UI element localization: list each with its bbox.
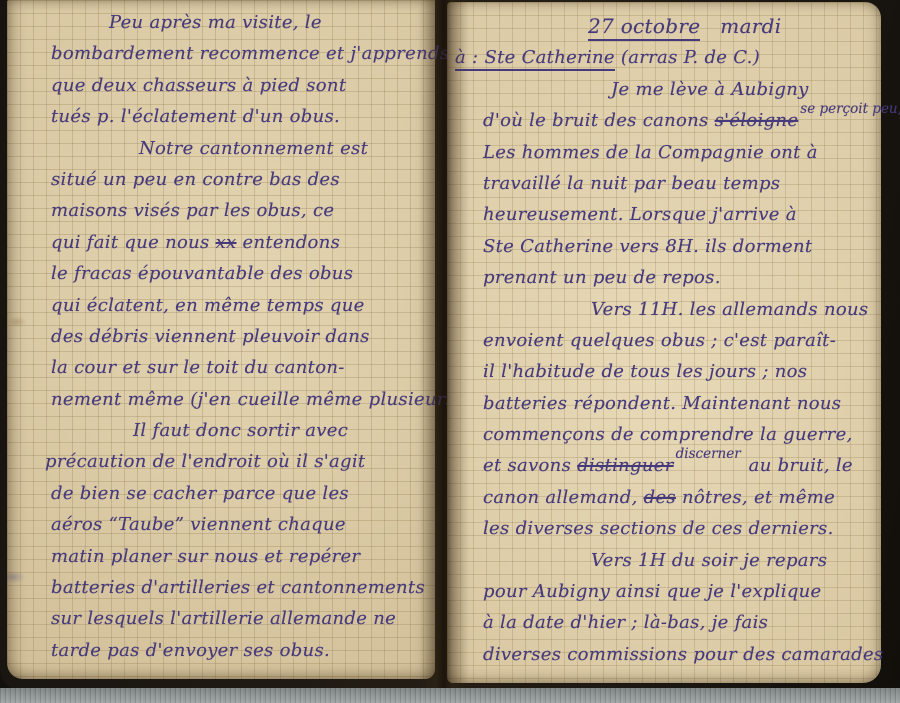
handwriting-line: Il faut donc sortir avec [133,415,427,446]
strikethrough-text: distinguer [577,455,673,476]
handwriting-line: Notre cantonnement est [139,133,427,164]
left-page-handwriting: Peu après ma visite, lebombardement reco… [7,0,435,666]
handwriting-line: sur lesquels l'artillerie allemande ne [51,603,427,634]
handwriting-text: Les hommes de la Compagnie ont à [483,142,818,163]
handwriting-line: diverses commissions pour des camarades [483,639,875,670]
handwriting-line: des débris viennent pleuvoir dans [51,321,427,352]
handwriting-text: et savons [483,455,577,476]
underlined-text: 27 octobre [588,14,700,41]
handwriting-text: batteries d'artilleries et cantonnements [51,577,425,598]
handwriting-text: commençons de comprendre la guerre, [483,424,853,445]
handwriting-text: tarde pas d'envoyer ses obus. [51,640,330,661]
handwriting-text: Peu après ma visite, le [109,12,322,33]
handwriting-line: il l'habitude de tous les jours ; nos [483,356,875,387]
handwriting-line: nement même (j'en cueille même plusieurs… [51,384,427,415]
handwriting-text: envoient quelques obus ; c'est paraît- [483,330,836,351]
handwriting-text: de bien se cacher parce que les [51,483,349,504]
handwriting-text: diverses commissions pour des camarades [483,644,883,665]
handwriting-line: situé un peu en contre bas des [51,164,427,195]
handwriting-line: d'où le bruit des canons s'éloignese per… [483,105,875,136]
handwriting-text: les diverses sections de ces derniers. [483,518,834,539]
handwriting-line: les diverses sections de ces derniers. [483,513,875,544]
handwriting-text: Notre cantonnement est [139,138,368,159]
handwriting-text: précaution de l'endroit où il s'agit [45,451,365,472]
handwriting-text: batteries répondent. Maintenant nous [483,393,841,414]
strikethrough-text: des [644,487,676,508]
table-surface [0,688,900,703]
handwriting-text: au bruit, le [743,455,853,476]
handwriting-line: qui fait que nous xx entendons [51,227,427,258]
diary-photo: Peu après ma visite, lebombardement reco… [0,0,900,703]
handwriting-text: des débris viennent pleuvoir dans [51,326,370,347]
handwriting-text: tués p. l'éclatement d'un obus. [51,106,340,127]
handwriting-line: et savons distinguerdiscerner au bruit, … [483,450,875,481]
diary-page-right: 27 octobre mardià : Ste Catherine (arras… [447,2,881,683]
handwriting-line: batteries répondent. Maintenant nous [483,388,875,419]
handwriting-text: à la date d'hier ; là-bas, je fais [483,612,768,633]
handwriting-text: nement même (j'en cueille même plusieurs [51,389,455,410]
handwriting-text: Vers 1H du soir je repars [591,550,827,571]
handwriting-line: Les hommes de la Compagnie ont à [483,137,875,168]
handwriting-line: canon allemand, des nôtres, et même [483,482,875,513]
handwriting-text: aéros “Taube” viennent chaque [51,514,346,535]
handwriting-text: mardi [700,14,781,38]
handwriting-line: tués p. l'éclatement d'un obus. [51,101,427,132]
handwriting-line: Ste Catherine vers 8H. ils dorment [483,231,875,262]
handwriting-line: envoient quelques obus ; c'est paraît- [483,325,875,356]
insertion-text: se perçoit peu, [800,101,900,117]
right-page-handwriting: 27 octobre mardià : Ste Catherine (arras… [447,2,881,670]
handwriting-text: bombardement recommence et j'apprends [51,43,449,64]
handwriting-text: qui éclatent, en même temps que [51,295,365,316]
underlined-text: à : Ste Catherine [455,47,615,71]
handwriting-line: de bien se cacher parce que les [51,478,427,509]
handwriting-text: sur lesquels l'artillerie allemande ne [51,608,396,629]
handwriting-line: prenant un peu de repos. [483,262,875,293]
diary-page-left: Peu après ma visite, lebombardement reco… [7,0,435,679]
handwriting-line: bombardement recommence et j'apprends [51,38,427,69]
strikethrough-text: xx [216,232,237,253]
handwriting-text: pour Aubigny ainsi que je l'explique [483,581,822,602]
handwriting-text: matin planer sur nous et repérer [51,546,360,567]
handwriting-text: nôtres, et même [676,487,835,508]
handwriting-text: prenant un peu de repos. [483,267,721,288]
handwriting-line: batteries d'artilleries et cantonnements [51,572,427,603]
handwriting-text: Vers 11H. les allemands nous [591,299,868,320]
handwriting-text: qui fait que nous [51,232,216,253]
handwriting-text: il l'habitude de tous les jours ; nos [483,361,807,382]
handwriting-line: aéros “Taube” viennent chaque [51,509,427,540]
handwriting-text: entendons [236,232,340,253]
handwriting-line: le fracas épouvantable des obus [51,258,427,289]
handwriting-text: que deux chasseurs à pied sont [51,75,346,96]
handwriting-line: 27 octobre mardi [588,11,875,42]
handwriting-text: maisons visés par les obus, ce [51,200,334,221]
handwriting-line: heureusement. Lorsque j'arrive à [483,199,875,230]
handwriting-text: Il faut donc sortir avec [133,420,348,441]
handwriting-line: qui éclatent, en même temps que [51,290,427,321]
insertion-text: discerner [676,446,741,462]
handwriting-text: la cour et sur le toit du canton- [51,357,345,378]
handwriting-line: à : Ste Catherine (arras P. de C.) [455,42,875,73]
handwriting-text: travaillé la nuit par beau temps [483,173,780,194]
handwriting-line: la cour et sur le toit du canton- [51,352,427,383]
handwriting-line: Peu après ma visite, le [109,7,427,38]
handwriting-line: Vers 1H du soir je repars [591,545,875,576]
handwriting-text: le fracas épouvantable des obus [51,263,353,284]
handwriting-line: que deux chasseurs à pied sont [51,70,427,101]
handwriting-line: travaillé la nuit par beau temps [483,168,875,199]
handwriting-text: d'où le bruit des canons [483,110,715,131]
handwriting-line: à la date d'hier ; là-bas, je fais [483,607,875,638]
handwriting-line: tarde pas d'envoyer ses obus. [51,635,427,666]
handwriting-text: Ste Catherine vers 8H. ils dorment [483,236,812,257]
handwriting-line: matin planer sur nous et repérer [51,541,427,572]
handwriting-line: Vers 11H. les allemands nous [591,294,875,325]
handwriting-text: Je me lève à Aubigny [611,79,809,100]
handwriting-line: précaution de l'endroit où il s'agit [45,446,427,477]
handwriting-text: canon allemand, [483,487,644,508]
handwriting-text: heureusement. Lorsque j'arrive à [483,204,797,225]
handwriting-text: situé un peu en contre bas des [51,169,340,190]
handwriting-line: maisons visés par les obus, ce [51,195,427,226]
handwriting-line: pour Aubigny ainsi que je l'explique [483,576,875,607]
strikethrough-text: s'éloigne [715,110,799,131]
handwriting-text: (arras P. de C.) [615,47,760,68]
